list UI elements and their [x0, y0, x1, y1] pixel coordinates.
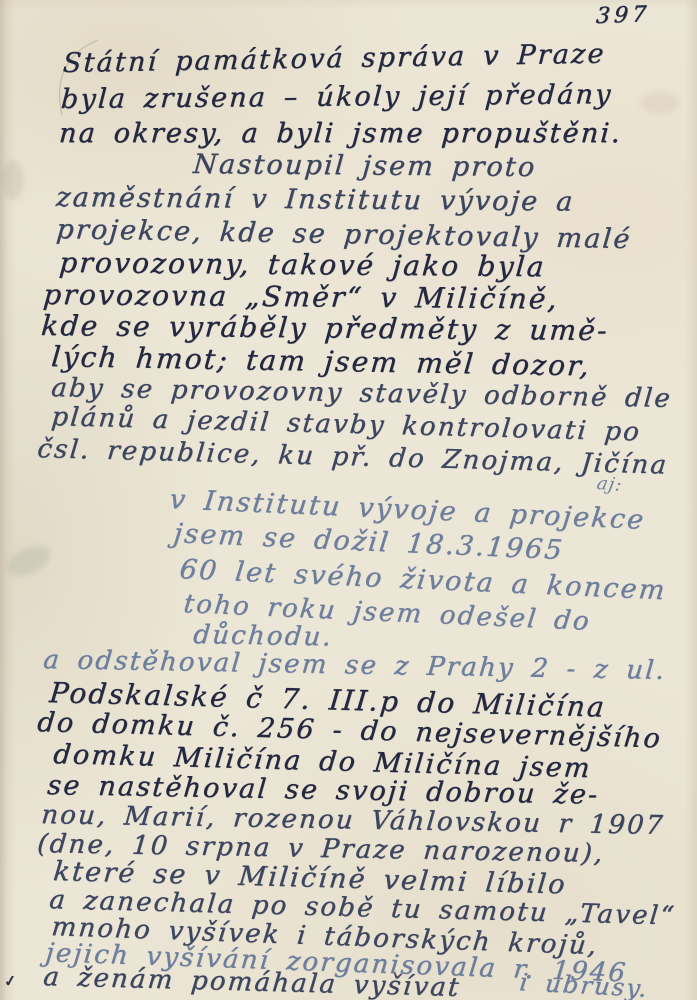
page-number: 397: [595, 2, 651, 29]
handwritten-line: zaměstnání v Institutu vývoje a: [55, 182, 576, 218]
ink-smudge: [2, 160, 24, 200]
handwritten-line: na okresy, a byli jsme propuštěni.: [58, 118, 623, 149]
manuscript-page: 397 Státní památková správa v Praze byla…: [0, 0, 697, 1000]
checkmark-mark: ✓: [3, 971, 18, 991]
superscript-annotation: aj:: [595, 473, 624, 496]
handwritten-line: i ubrusy.: [518, 968, 650, 1000]
handwritten-line: Státní památková správa v Praze: [62, 38, 606, 79]
handwritten-line: provozovny, takové jako byla: [58, 246, 547, 283]
handwritten-line: Nastoupil jsem proto: [192, 149, 538, 183]
ink-smudge: [3, 539, 56, 582]
handwritten-line: byla zrušena – úkoly její předány: [60, 79, 613, 115]
ink-smudge: [640, 92, 680, 114]
